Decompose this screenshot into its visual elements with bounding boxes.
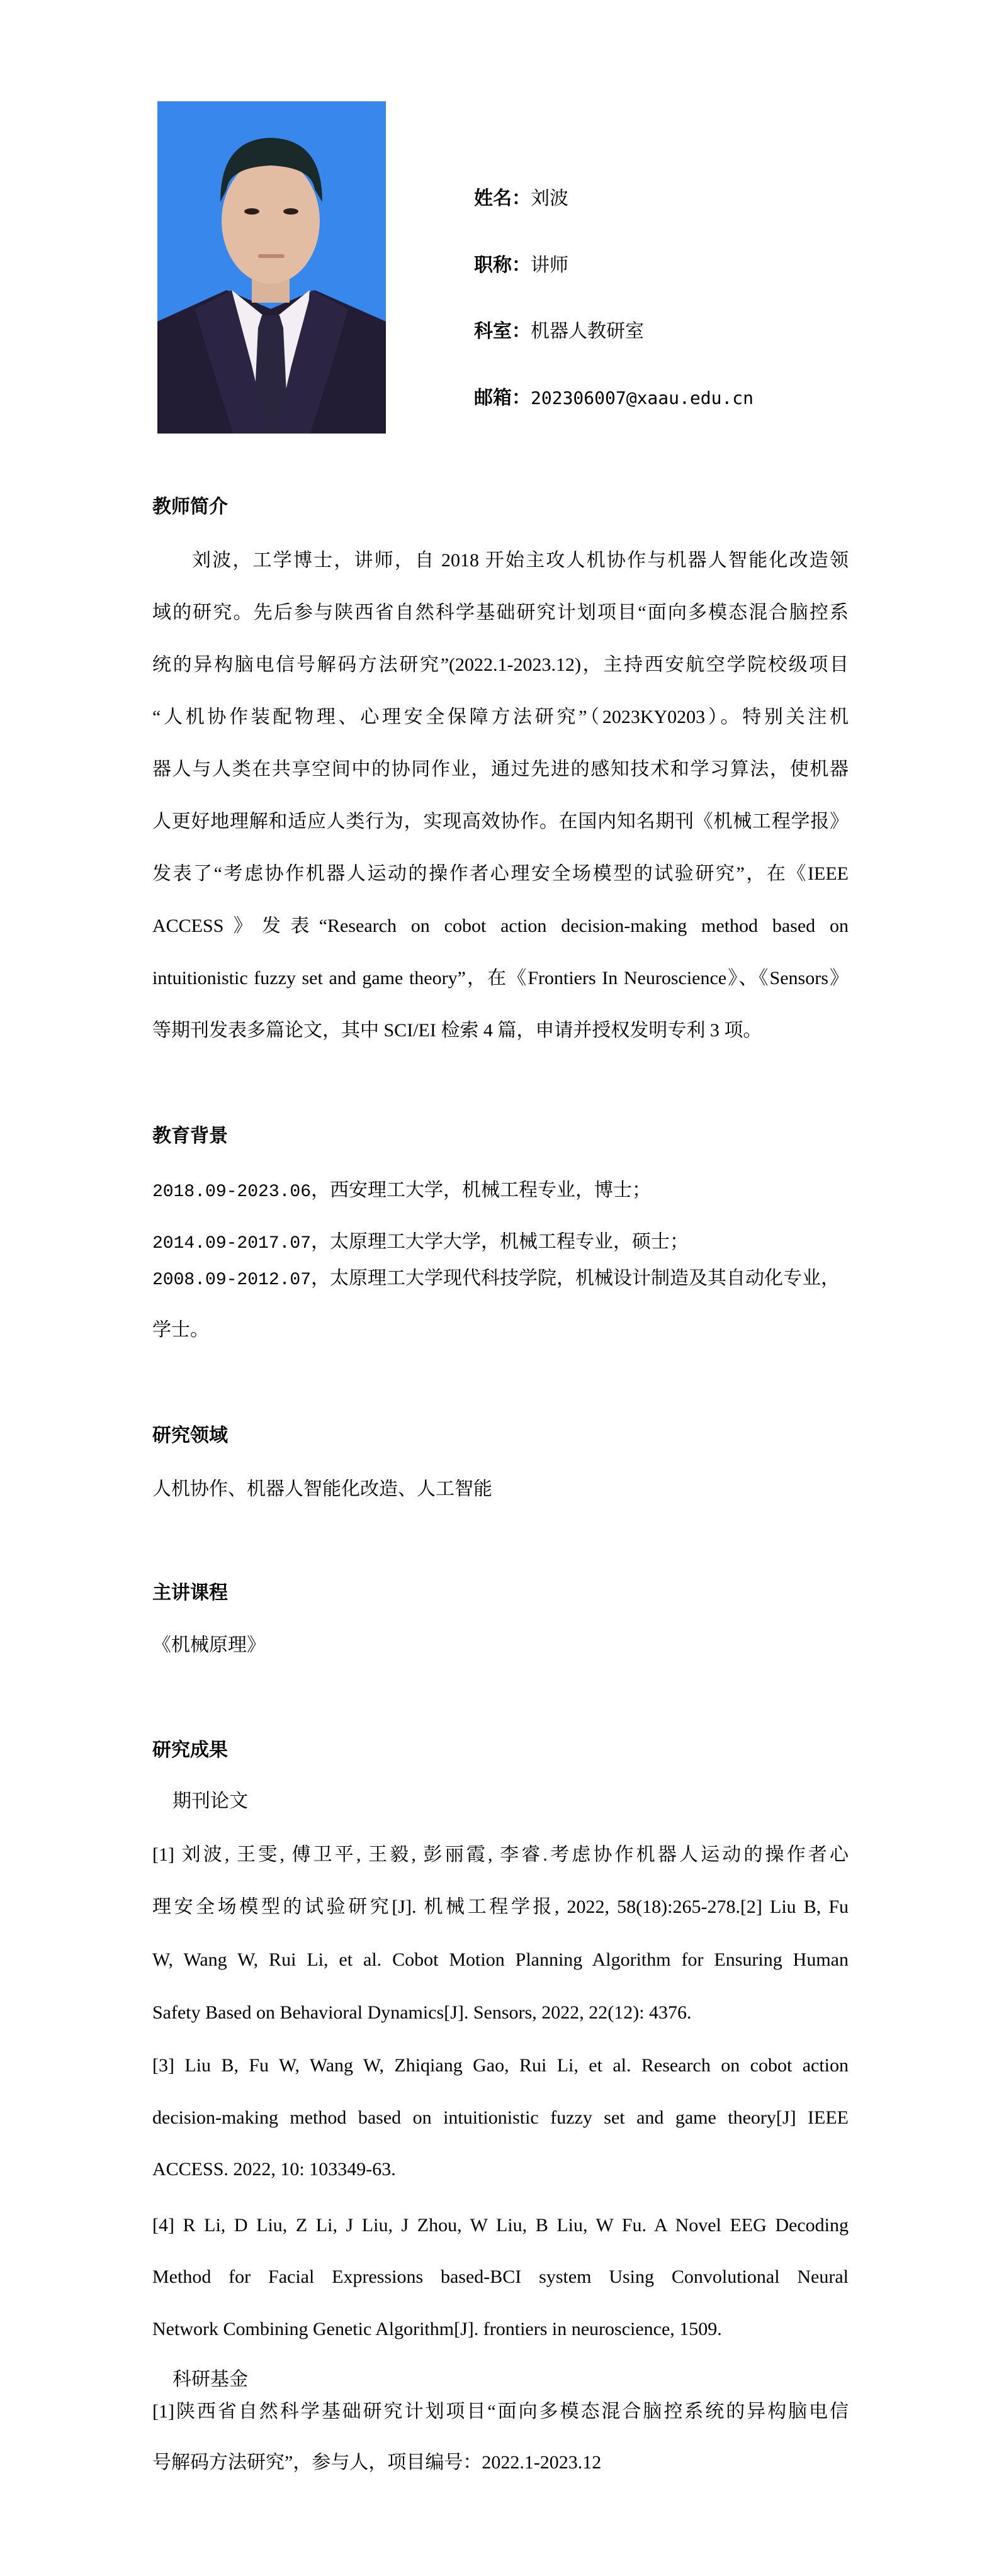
education-item: 学士。 xyxy=(152,1320,849,1340)
section-heading-research-areas: 研究领域 xyxy=(152,1426,228,1446)
research-areas-text: 人机协作、机器人智能化改造、人工智能 xyxy=(152,1479,849,1499)
subheading-papers: 期刊论文 xyxy=(172,1791,248,1812)
portrait-image xyxy=(157,101,386,434)
education-item: 2008.09-2012.07，太原理工大学现代科技学院，机械设计制造及其自动化… xyxy=(152,1268,849,1291)
paper-line: Method for Facial Expressions based-BCI … xyxy=(152,2267,849,2288)
intro-line: 刘波，工学博士，讲师，自 2018 开始主攻人机协作与机器人智能化改造领 xyxy=(192,551,849,572)
info-department: 科室：机器人教研室 xyxy=(474,322,644,342)
info-label-name: 姓名： xyxy=(474,188,531,209)
info-label-email: 邮箱： xyxy=(474,388,531,408)
info-value-name: 刘波 xyxy=(531,188,568,209)
info-label-department: 科室： xyxy=(474,321,531,342)
paper-line: [3] Liu B, Fu W, Wang W, Zhiqiang Gao, R… xyxy=(152,2056,849,2077)
intro-line: 域的研究。先后参与陕西省自然科学基础研究计划项目“面向多模态混合脑控系 xyxy=(152,603,849,624)
intro-line: 统的异构脑电信号解码方法研究”(2022.1-2023.12)，主持西安航空学院… xyxy=(152,655,849,676)
paper-line: 理安全场模型的试验研究[J]. 机械工程学报, 2022, 58(18):265… xyxy=(152,1897,849,1918)
paper-line: Network Combining Genetic Algorithm[J]. … xyxy=(152,2319,849,2339)
info-label-title: 职称： xyxy=(474,255,531,276)
education-text: ，西安理工大学，机械工程专业，博士； xyxy=(311,1180,651,1201)
education-text: ，太原理工大学现代科技学院，机械设计制造及其自动化专业， xyxy=(311,1268,840,1289)
intro-line: ACCESS》发表“Research on cobot action decis… xyxy=(152,916,849,938)
education-date: 2018.09-2023.06 xyxy=(152,1182,311,1202)
info-value-email[interactable]: 202306007@xaau.edu.cn xyxy=(531,388,753,408)
paper-line: ACCESS. 2022, 10: 103349-63. xyxy=(152,2159,849,2180)
info-value-title: 讲师 xyxy=(531,255,568,276)
education-item: 2014.09-2017.07，太原理工大学大学，机械工程专业，硕士； xyxy=(152,1232,849,1254)
section-heading-education: 教育背景 xyxy=(152,1126,228,1146)
paper-line: W, Wang W, Rui Li, et al. Cobot Motion P… xyxy=(152,1950,849,1971)
teacher-photo xyxy=(157,101,386,434)
fund-line: 号解码方法研究”，参与人，项目编号：2022.1-2023.12 xyxy=(152,2453,849,2473)
intro-line: 器人与人类在共享空间中的协同作业，通过先进的感知技术和学习算法，使机器 xyxy=(152,759,849,781)
info-title: 职称：讲师 xyxy=(474,255,568,276)
education-date: 2008.09-2012.07 xyxy=(152,1270,311,1290)
course-item: 《机械原理》 xyxy=(152,1635,849,1655)
intro-line: 发表了“考虑协作机器人运动的操作者心理安全场模型的试验研究”，在《IEEE xyxy=(152,864,849,885)
intro-line: intuitionistic fuzzy set and game theory… xyxy=(152,968,849,990)
fund-line: [1]陕西省自然科学基础研究计划项目“面向多模态混合脑控系统的异构脑电信 xyxy=(152,2402,849,2423)
subheading-funds: 科研基金 xyxy=(172,2370,248,2390)
education-text: 学士。 xyxy=(152,1320,209,1340)
info-value-department: 机器人教研室 xyxy=(531,321,644,342)
paper-line: Safety Based on Behavioral Dynamics[J]. … xyxy=(152,2003,849,2023)
intro-line: “人机协作装配物理、心理安全保障方法研究”（2023KY0203）。特别关注机 xyxy=(152,707,849,729)
education-date: 2014.09-2017.07 xyxy=(152,1234,311,1253)
section-heading-achievements: 研究成果 xyxy=(152,1740,228,1761)
info-email: 邮箱：202306007@xaau.edu.cn xyxy=(474,388,753,408)
education-item: 2018.09-2023.06，西安理工大学，机械工程专业，博士； xyxy=(152,1180,849,1202)
paper-line: decision-making method based on intuitio… xyxy=(152,2108,849,2129)
education-text: ，太原理工大学大学，机械工程专业，硕士； xyxy=(311,1232,689,1252)
paper-line: [4] R Li, D Liu, Z Li, J Liu, J Zhou, W … xyxy=(152,2215,849,2237)
paper-line: [1] 刘波, 王雯, 傅卫平, 王毅, 彭丽霞, 李睿.考虑协作机器人运动的操… xyxy=(152,1845,849,1866)
intro-line: 人更好地理解和适应人类行为，实现高效协作。在国内知名期刊《机械工程学报》 xyxy=(152,812,849,833)
section-heading-courses: 主讲课程 xyxy=(152,1583,228,1603)
intro-line: 等期刊发表多篇论文，其中 SCI/EI 检索 4 篇，申请并授权发明专利 3 项… xyxy=(152,1021,849,1041)
info-name: 姓名：刘波 xyxy=(474,189,568,209)
section-heading-intro: 教师简介 xyxy=(152,497,228,517)
